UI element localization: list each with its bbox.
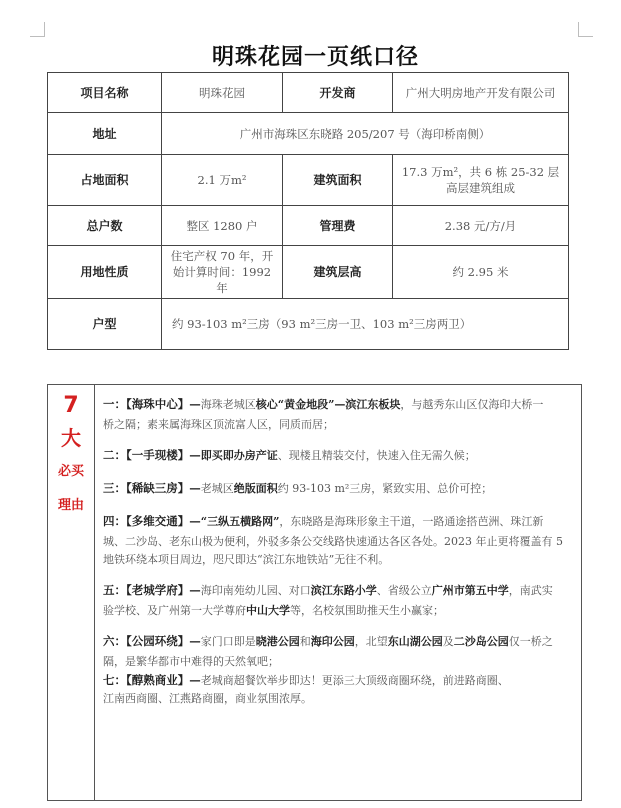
table-row: 占地面积 2.1 万m² 建筑面积 17.3 万m²，共 6 栋 25-32 层… [48, 155, 569, 206]
reason-prefix: 六： [103, 634, 126, 648]
project-info-table: 项目名称 明珠花园 开发商 广州大明房地产开发有限公司 地址 广州市海珠区东晓路… [47, 72, 569, 350]
label-building-area: 建筑面积 [283, 155, 393, 206]
reasons-count: 7 [63, 391, 78, 421]
reason-item-3: 三：【稀缺三房】—老城区绝版面积约 93-103 m²三房，紧致实用、总价可控； [103, 477, 575, 500]
reason-item-4: 四：【多维交通】—“三纵五横路网”，东晓路是海珠形象主干道，一路通途搭芭洲、珠江… [103, 510, 575, 569]
reason-prefix: 五： [103, 583, 126, 597]
reason-heading: 【公园环绕】 [126, 634, 189, 648]
label-developer: 开发商 [283, 73, 393, 113]
reason-dash: — [189, 583, 201, 597]
reason-heading: 【稀缺三房】 [126, 481, 189, 495]
label-total-households: 总户数 [48, 206, 162, 246]
label-project-name: 项目名称 [48, 73, 162, 113]
table-row: 地址 广州市海珠区东晓路 205/207 号（海印桥南侧） [48, 113, 569, 155]
reason-continuation: 隔，是繁华都市中难得的天然氧吧； [103, 653, 575, 671]
reason-text-bold: 东山湖公园 [388, 635, 443, 648]
reason-text-bold: 中山大学 [246, 604, 290, 617]
reason-text: 、省级公立 [377, 584, 432, 597]
label-management-fee: 管理费 [283, 206, 393, 246]
reason-item-2: 二：【一手现楼】—即买即办房产证、现楼且精装交付，快速入住无需久候； [103, 444, 575, 467]
reason-heading: 【一手现楼】 [126, 448, 189, 462]
reasons-must-buy: 必买 [58, 461, 84, 483]
reason-text: 及 [443, 635, 454, 648]
reason-dash: — [189, 673, 201, 687]
reason-item-5: 五：【老城学府】—海印南苑幼儿园、对口滨江东路小学、省级公立广州市第五中学，南武… [103, 579, 575, 620]
label-address: 地址 [48, 113, 162, 155]
page-corner-mark-top-right [578, 22, 593, 37]
value-address: 广州市海珠区东晓路 205/207 号（海印桥南侧） [162, 113, 569, 155]
reason-text: 约 93-103 m²三房，紧致实用、总价可控； [278, 482, 493, 495]
reason-text-bold: 晓港公园 [256, 635, 300, 648]
reason-item-1: 一：【海珠中心】—海珠老城区核心“黄金地段”—滨江东板块，与越秀东山区仅海印大桥… [103, 393, 575, 434]
reason-prefix: 二： [103, 448, 126, 462]
reason-prefix: 四： [103, 514, 126, 528]
table-row: 项目名称 明珠花园 开发商 广州大明房地产开发有限公司 [48, 73, 569, 113]
reasons-side-label: 7 大 必买 理由 [48, 385, 95, 800]
reason-dash: — [189, 481, 201, 495]
reason-text-bold: 核心“黄金地段”—滨江东板块 [256, 398, 401, 411]
reason-heading: 【海珠中心】 [126, 397, 189, 411]
reason-text: ，南武实 [509, 584, 553, 597]
reason-prefix: 三： [103, 481, 126, 495]
table-row: 用地性质 住宅产权 70 年，开始计算时间：1992 年 建筑层高 约 2.95… [48, 246, 569, 299]
reason-heading: 【多维交通】 [126, 514, 189, 528]
reason-text: 老城商超餐饮举步即达！更添三大顶级商圈环绕，前进路商圈、 [201, 674, 509, 687]
reason-text-bold: 绝版面积 [234, 482, 278, 495]
reason-text: ，与越秀东山区仅海印大桥一 [400, 398, 543, 411]
reason-dash: — [189, 397, 201, 411]
label-unit-type: 户型 [48, 299, 162, 350]
reason-heading: 【醇熟商业】 [126, 673, 189, 687]
reasons-reason: 理由 [58, 495, 84, 517]
reason-prefix: 七： [103, 673, 126, 687]
value-project-name: 明珠花园 [162, 73, 283, 113]
table-row: 户型 约 93-103 m²三房（93 m²三房一卫、103 m²三房两卫） [48, 299, 569, 350]
label-floor-height: 建筑层高 [283, 246, 393, 299]
seven-reasons-box: 7 大 必买 理由 一：【海珠中心】—海珠老城区核心“黄金地段”—滨江东板块，与… [47, 384, 582, 801]
label-land-use: 用地性质 [48, 246, 162, 299]
value-total-households: 整区 1280 户 [162, 206, 283, 246]
reasons-list: 一：【海珠中心】—海珠老城区核心“黄金地段”—滨江东板块，与越秀东山区仅海印大桥… [95, 385, 581, 800]
table-row: 总户数 整区 1280 户 管理费 2.38 元/方/月 [48, 206, 569, 246]
value-land-area: 2.1 万m² [162, 155, 283, 206]
reason-heading: 【老城学府】 [126, 583, 189, 597]
reason-text: 海印南苑幼儿园、对口 [201, 584, 311, 597]
value-floor-height: 约 2.95 米 [393, 246, 569, 299]
reason-continuation: 江南西商圈、江燕路商圈，商业氛围浓厚。 [103, 690, 575, 708]
reason-dash: — [189, 514, 201, 528]
value-land-use: 住宅产权 70 年，开始计算时间：1992 年 [162, 246, 283, 299]
reason-text: 仅一桥之 [509, 635, 553, 648]
reason-text: ，东晓路是海珠形象主干道，一路通途搭芭洲、珠江新 [279, 515, 543, 528]
page-corner-mark-top-left [30, 22, 45, 37]
reason-dash: — [189, 448, 201, 462]
document-title: 明珠花园一页纸口径 [0, 40, 621, 71]
reason-text-bold: 广州市第五中学 [432, 584, 509, 597]
label-land-area: 占地面积 [48, 155, 162, 206]
reasons-big-char: 大 [61, 423, 81, 453]
reason-continuation: 等，名校氛围助推天生小赢家； [290, 604, 444, 617]
reason-text: 和 [300, 635, 311, 648]
reason-text: 海珠老城区 [201, 398, 256, 411]
reason-continuation: 桥之隔；素来属海珠区顶流富人区，同质而居； [103, 416, 575, 434]
reason-continuation: 城、二沙岛、老东山极为便利，外驳多条公交线路快速通达各区各处。2023 年止更将… [103, 533, 575, 551]
reason-prefix: 一： [103, 397, 126, 411]
reason-dash: — [189, 634, 201, 648]
value-management-fee: 2.38 元/方/月 [393, 206, 569, 246]
reason-continuation: 地铁环绕本项目周边，咫尺即达“滨江东地铁站”无往不利。 [103, 551, 575, 569]
value-developer: 广州大明房地产开发有限公司 [393, 73, 569, 113]
reason-text: ，北望 [355, 635, 388, 648]
reason-continuation: 验学校、及广州第一大学尊府 [103, 604, 246, 617]
value-building-area: 17.3 万m²，共 6 栋 25-32 层高层建筑组成 [393, 155, 569, 206]
reason-text-bold: 海印公园 [311, 635, 355, 648]
reason-text-bold: 滨江东路小学 [311, 584, 377, 597]
reason-text-bold: 即买即办房产证 [201, 449, 278, 462]
reason-text-bold: 二沙岛公园 [454, 635, 509, 648]
reason-item-7: 七：【醇熟商业】—老城商超餐饮举步即达！更添三大顶级商圈环绕，前进路商圈、 江南… [103, 671, 575, 708]
reason-text: 、现楼且精装交付，快速入住无需久候； [278, 449, 476, 462]
reason-text: 老城区 [201, 482, 234, 495]
value-unit-type: 约 93-103 m²三房（93 m²三房一卫、103 m²三房两卫） [162, 299, 569, 350]
reason-text-bold: “三纵五横路网” [201, 515, 280, 528]
reason-text: 家门口即是 [201, 635, 256, 648]
reason-item-6: 六：【公园环绕】—家门口即是晓港公园和海印公园，北望东山湖公园及二沙岛公园仅一桥… [103, 630, 575, 671]
